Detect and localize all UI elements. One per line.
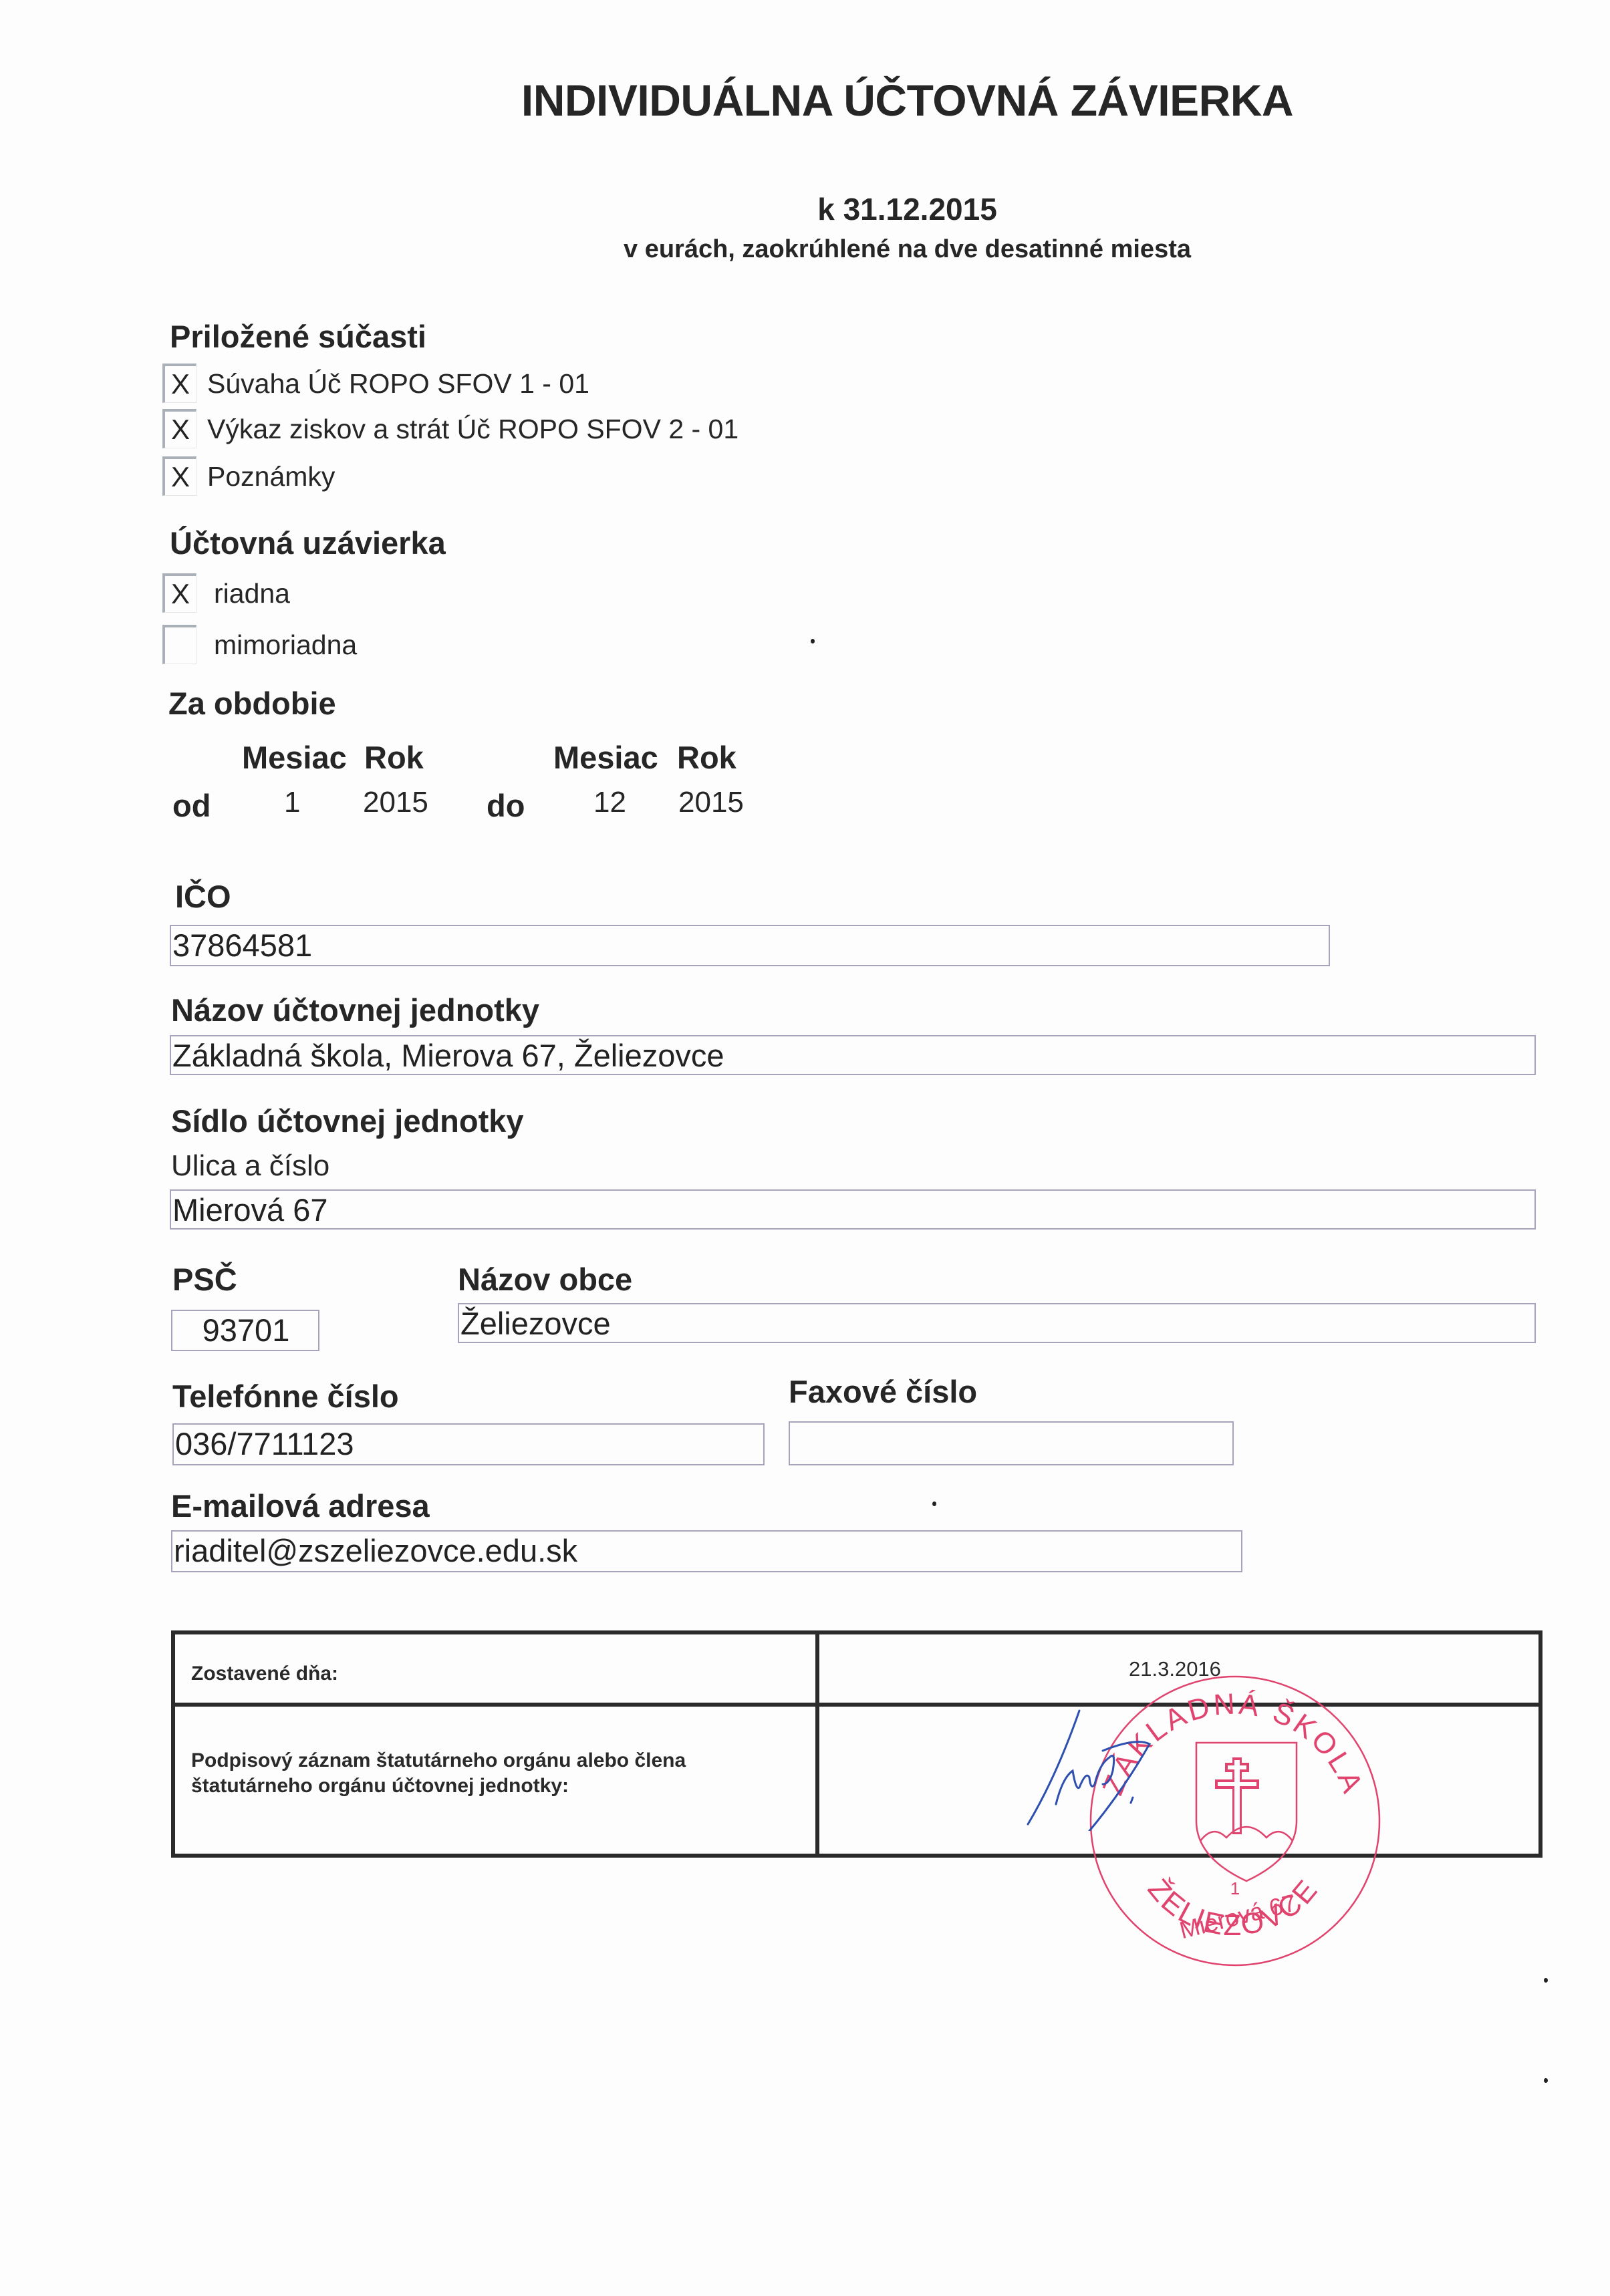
entity-name-label: Názov účtovnej jednotky (171, 992, 539, 1028)
city-label: Názov obce (458, 1261, 632, 1298)
period-from-year-header: Rok (364, 739, 424, 776)
scan-speck (1544, 2078, 1548, 2083)
phone-field[interactable]: 036/7711123 (172, 1423, 765, 1465)
compiled-date-label: Zostavené dňa: (191, 1663, 338, 1685)
document-title: INDIVIDUÁLNA ÚČTOVNÁ ZÁVIERKA (0, 75, 1610, 126)
table-column-divider (815, 1634, 819, 1854)
period-to-month-header: Mesiac (553, 739, 658, 776)
scan-speck (1544, 1978, 1548, 1983)
period-from-year[interactable]: 2015 (363, 786, 428, 819)
entity-name-field[interactable]: Základná škola, Mierova 67, Želiezovce (170, 1035, 1536, 1075)
entity-seat-label: Sídlo účtovnej jednotky (171, 1103, 524, 1139)
phone-label: Telefónne číslo (172, 1378, 399, 1415)
street-field[interactable]: Mierová 67 (170, 1189, 1536, 1230)
attachment-checkbox[interactable]: X (162, 456, 196, 496)
ico-field[interactable]: 37864581 (170, 925, 1330, 966)
city-field[interactable]: Želiezovce (458, 1303, 1536, 1343)
scan-speck (811, 639, 815, 643)
signature-label-line2: štatutárneho orgánu účtovnej jednotky: (191, 1775, 569, 1798)
closing-type-heading: Účtovná uzávierka (170, 525, 446, 561)
psc-label: PSČ (172, 1261, 237, 1298)
period-to-month[interactable]: 12 (593, 786, 626, 819)
fax-field[interactable] (789, 1421, 1234, 1465)
closing-checkbox[interactable]: X (162, 573, 196, 613)
scan-speck (932, 1501, 936, 1506)
period-heading: Za obdobie (168, 685, 336, 722)
attachments-heading: Priložené súčasti (170, 318, 426, 355)
handwritten-signature-icon (1016, 1697, 1190, 1831)
document-date: k 31.12.2015 (0, 191, 1610, 227)
period-to-year-header: Rok (677, 739, 736, 776)
svg-text:1: 1 (1230, 1878, 1240, 1898)
fax-label: Faxové číslo (789, 1373, 977, 1410)
attachment-label: Súvaha Úč ROPO SFOV 1 - 01 (207, 368, 589, 400)
period-from-month[interactable]: 1 (284, 786, 300, 819)
attachment-label: Výkaz ziskov a strát Úč ROPO SFOV 2 - 01 (207, 414, 739, 445)
closing-label: riadna (214, 578, 290, 609)
attachment-checkbox[interactable]: X (162, 409, 196, 448)
attachment-label: Poznámky (207, 461, 335, 492)
period-from-month-header: Mesiac (242, 739, 347, 776)
document-subtitle: v eurách, zaokrúhlené na dve desatinné m… (0, 235, 1610, 264)
period-to-label: do (487, 787, 525, 824)
email-field[interactable]: riaditel@zszeliezovce.edu.sk (171, 1530, 1242, 1572)
closing-checkbox[interactable] (162, 625, 196, 664)
street-label: Ulica a číslo (171, 1149, 329, 1183)
period-from-label: od (172, 787, 211, 824)
psc-field[interactable]: 93701 (171, 1310, 319, 1351)
ico-label: IČO (175, 878, 231, 915)
email-label: E-mailová adresa (171, 1487, 430, 1524)
signature-label-line1: Podpisový záznam štatutárneho orgánu ale… (191, 1749, 686, 1772)
period-to-year[interactable]: 2015 (678, 786, 744, 819)
attachment-checkbox[interactable]: X (162, 364, 196, 403)
closing-label: mimoriadna (214, 629, 357, 661)
